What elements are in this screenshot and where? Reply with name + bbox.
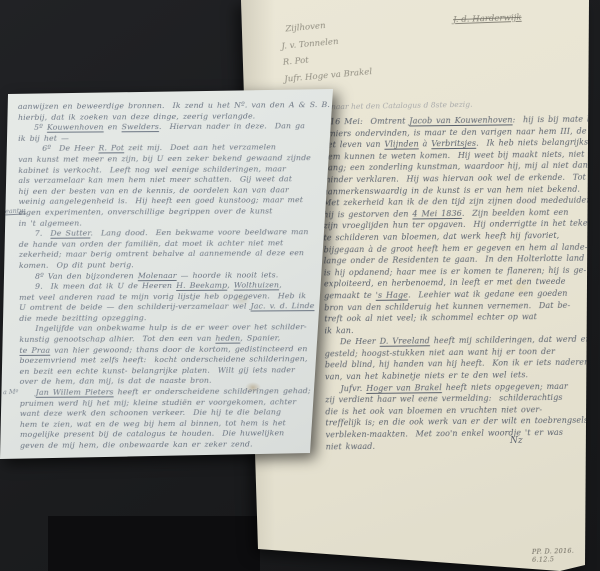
handwritten-line: 5º Kouwenhoven en Swelders. Hiervan nade…	[18, 121, 324, 133]
handwritten-line: geven de mij hem, die onbewaarde kan er …	[20, 439, 326, 451]
left-sheet-wrapper: beantw. a Mº aanwijzen en beweerdige bro…	[0, 0, 600, 571]
handwritten-line: aanwijzen en beweerdige bronnen. Ik zend…	[18, 100, 324, 112]
left-letter-sheet: beantw. a Mº aanwijzen en beweerdige bro…	[0, 88, 342, 470]
margin-note: a Mº	[3, 388, 19, 397]
handwritten-line: U omtrent de beide — den schilderij-verz…	[19, 301, 325, 313]
handwritten-line: zekerheid; maar berig omtrent behalve al…	[19, 248, 325, 260]
scanned-manuscript-photo: ZijlhovenJ. v. TonnelenR. PotJufr. Hoge …	[0, 0, 600, 571]
paper-stain	[150, 540, 180, 554]
left-page-handwriting: aanwijzen en beweerdige bronnen. Ik zend…	[18, 100, 326, 451]
